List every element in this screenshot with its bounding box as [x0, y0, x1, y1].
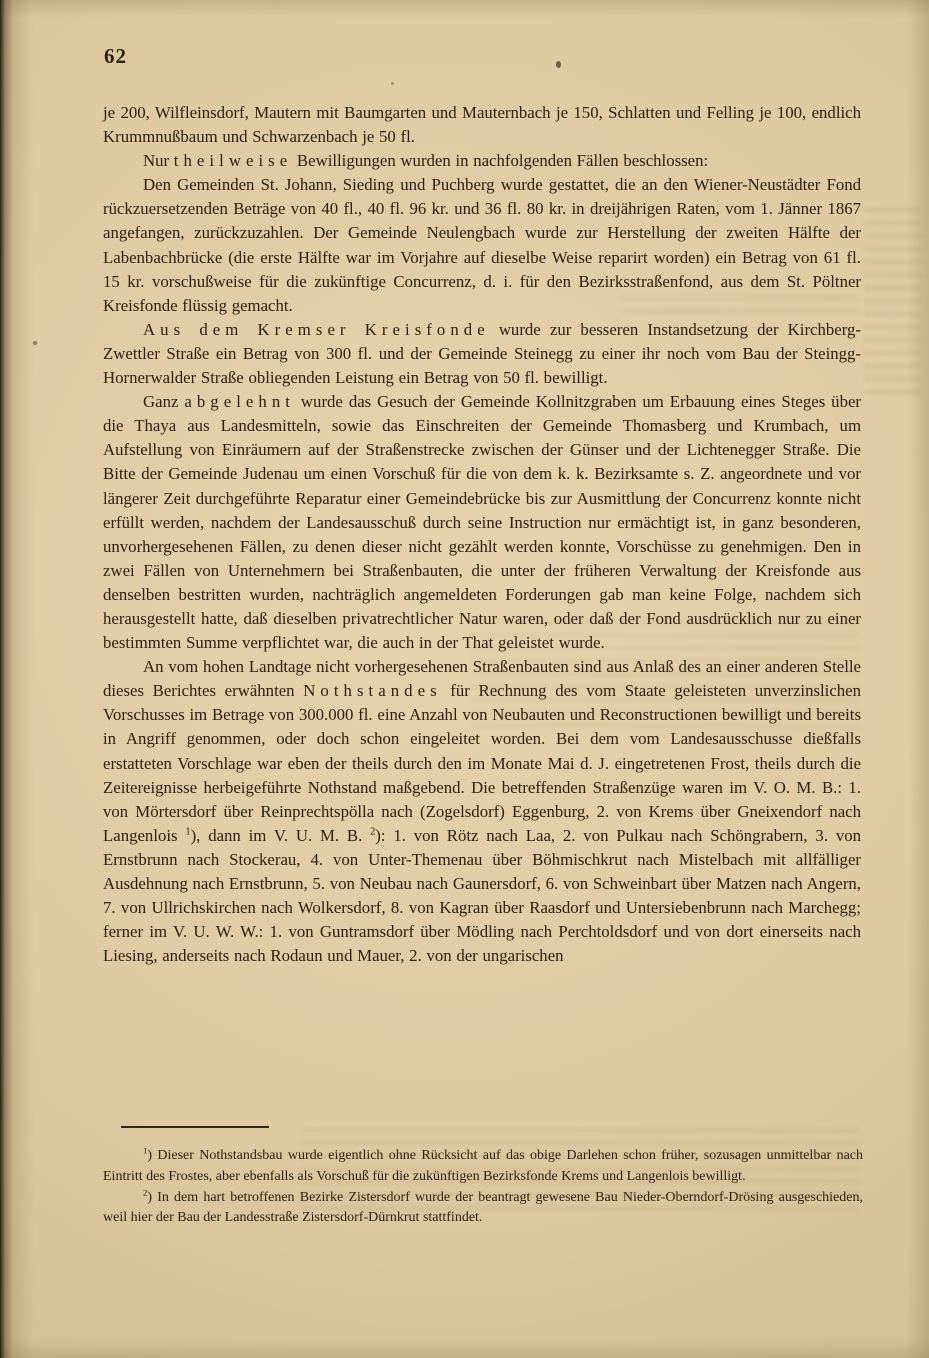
text-block: je 200, Wilfleinsdorf, Mautern mit Baumg… — [103, 101, 861, 968]
text-run: ) In dem hart betroffenen Bezirke Zister… — [103, 1190, 863, 1226]
show-through-artifact — [864, 208, 922, 398]
page-number: 62 — [104, 44, 127, 69]
text-run: Den Gemeinden St. Johann, Sieding und Pu… — [103, 175, 861, 314]
book-page: 62 je 200, Wilfleinsdorf, Mautern mit Ba… — [0, 0, 929, 1358]
footnotes-block: 1) Dieser Nothstandsbau wurde eigentlich… — [103, 1146, 863, 1229]
paragraph: Ganz abgelehnt wurde das Gesuch der Geme… — [103, 390, 861, 655]
paper-speck — [391, 82, 394, 85]
spaced-emphasis-text: Aus dem Kremser Kreisfonde — [143, 320, 490, 339]
paper-speck — [556, 61, 561, 68]
text-run: Ganz — [143, 392, 184, 411]
text-run: wurde das Gesuch der Gemeinde Kollnitzgr… — [103, 392, 861, 652]
text-run: je 200, Wilfleinsdorf, Mautern mit Baumg… — [103, 103, 861, 146]
spaced-emphasis-text: abgelehnt — [184, 392, 295, 411]
paragraph: Aus dem Kremser Kreisfonde wurde zur bes… — [103, 318, 861, 390]
spaced-emphasis-text: theilweise — [174, 151, 292, 170]
paragraph: Den Gemeinden St. Johann, Sieding und Pu… — [103, 173, 861, 318]
footnote: 1) Dieser Nothstandsbau wurde eigentlich… — [103, 1146, 863, 1188]
text-run: ): 1. von Rötz nach Laa, 2. von Pulkau n… — [103, 826, 861, 965]
text-run: für Rechnung des vom Staate geleisteten … — [103, 681, 861, 845]
paragraph: je 200, Wilfleinsdorf, Mautern mit Baumg… — [103, 101, 861, 149]
footnote: 2) In dem hart betroffenen Bezirke Ziste… — [103, 1188, 863, 1230]
text-run: Nur — [143, 151, 174, 170]
paragraph: Nur theilweise Bewilligungen wurden in n… — [103, 149, 861, 173]
text-run: ), dann im V. U. M. B. — [191, 826, 371, 845]
text-run: Bewilligungen wurden in nachfolgenden Fä… — [292, 151, 708, 170]
text-run: ) Dieser Nothstandsbau wurde eigentlich … — [103, 1148, 863, 1184]
footnote-separator-rule — [121, 1126, 269, 1128]
spaced-emphasis-text: Nothstandes — [303, 681, 441, 700]
paper-speck — [33, 341, 37, 345]
paragraph: An vom hohen Landtage nicht vorhergesehe… — [103, 655, 861, 968]
